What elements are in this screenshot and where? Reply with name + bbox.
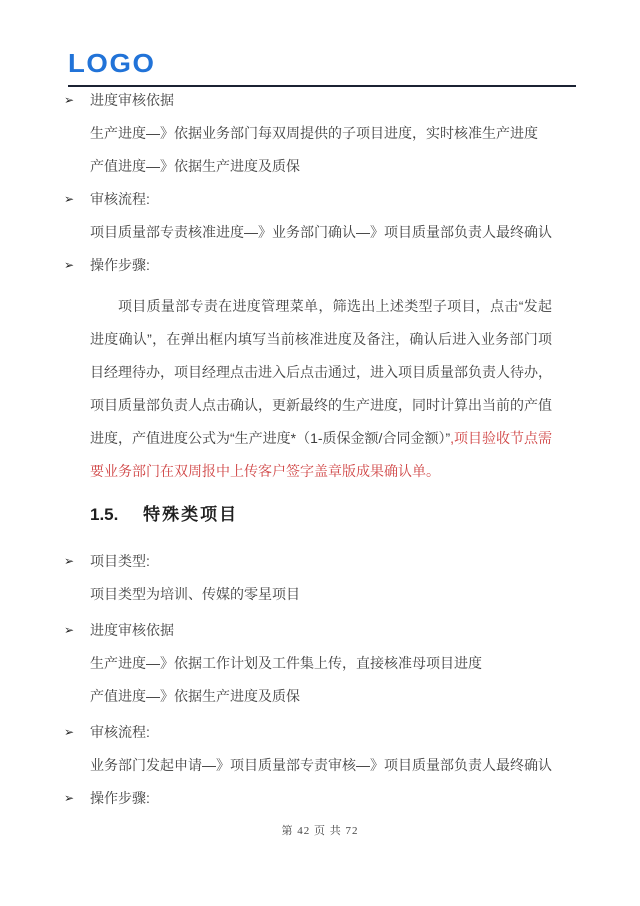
page-footer: 第 42 页 共 72 [0,822,640,838]
body-line: 生产进度—》依据工作计划及工件集上传，直接核准母项目进度 [90,647,552,680]
bullet-item: ➢ 项目类型: [90,545,552,578]
body-line-text: 项目类型为培训、传媒的零星项目 [90,586,300,602]
bullet-item-label: 操作步骤: [90,257,150,273]
bullet-arrow-icon: ➢ [64,183,74,216]
bullet-item-label: 项目类型: [90,553,150,569]
bullet-item: ➢ 进度审核依据 [90,614,552,647]
bullet-item: ➢ 进度审核依据 [90,84,552,117]
body-line: 产值进度—》依据生产进度及质保 [90,680,552,713]
section-heading-title: 特殊类项目 [143,495,238,535]
section-heading: 1.5. 特殊类项目 [90,495,552,535]
body-line-text: 业务部门发起申请—》项目质量部专责审核—》项目质量部负责人最终确认 [90,757,552,773]
document-page: LOGO ➢ 进度审核依据 生产进度—》依据业务部门每双周提供的子项目进度，实时… [0,0,640,906]
body-line: 项目类型为培训、传媒的零星项目 [90,578,552,611]
company-logo: LOGO [68,48,156,79]
body-line-text: 产值进度—》依据生产进度及质保 [90,158,300,174]
bullet-arrow-icon: ➢ [64,545,74,578]
body-line-text: 产值进度—》依据生产进度及质保 [90,688,300,704]
body-line-text: 项目质量部专责核准进度—》业务部门确认—》项目质量部负责人最终确认 [90,224,552,240]
bullet-arrow-icon: ➢ [64,84,74,117]
body-line: 生产进度—》依据业务部门每双周提供的子项目进度，实时核准生产进度 [90,117,552,150]
bullet-arrow-icon: ➢ [64,249,74,282]
bullet-item: ➢ 审核流程: [90,183,552,216]
body-line: 业务部门发起申请—》项目质量部专责审核—》项目质量部负责人最终确认 [90,749,552,782]
paragraph-text-black: 项目质量部专责在进度管理菜单，筛选出上述类型子项目，点击“发起进度确认”，在弹出… [90,298,552,446]
operation-steps-paragraph: 项目质量部专责在进度管理菜单，筛选出上述类型子项目，点击“发起进度确认”，在弹出… [90,290,552,488]
bullet-item: ➢ 操作步骤: [90,249,552,282]
body-line-text: 生产进度—》依据工作计划及工件集上传，直接核准母项目进度 [90,655,482,671]
section-heading-number: 1.5. [90,495,118,535]
bullet-item-label: 审核流程: [90,191,150,207]
document-body: ➢ 进度审核依据 生产进度—》依据业务部门每双周提供的子项目进度，实时核准生产进… [90,84,552,815]
bullet-arrow-icon: ➢ [64,782,74,815]
bullet-item-label: 操作步骤: [90,790,150,806]
bullet-item-label: 审核流程: [90,724,150,740]
bullet-item: ➢ 操作步骤: [90,782,552,815]
body-line: 项目质量部专责核准进度—》业务部门确认—》项目质量部负责人最终确认 [90,216,552,249]
bullet-item-label: 进度审核依据 [90,92,174,108]
bullet-item-label: 进度审核依据 [90,622,174,638]
body-line-text: 生产进度—》依据业务部门每双周提供的子项目进度，实时核准生产进度 [90,125,538,141]
bullet-item: ➢ 审核流程: [90,716,552,749]
body-line: 产值进度—》依据生产进度及质保 [90,150,552,183]
bullet-arrow-icon: ➢ [64,614,74,647]
bullet-arrow-icon: ➢ [64,716,74,749]
